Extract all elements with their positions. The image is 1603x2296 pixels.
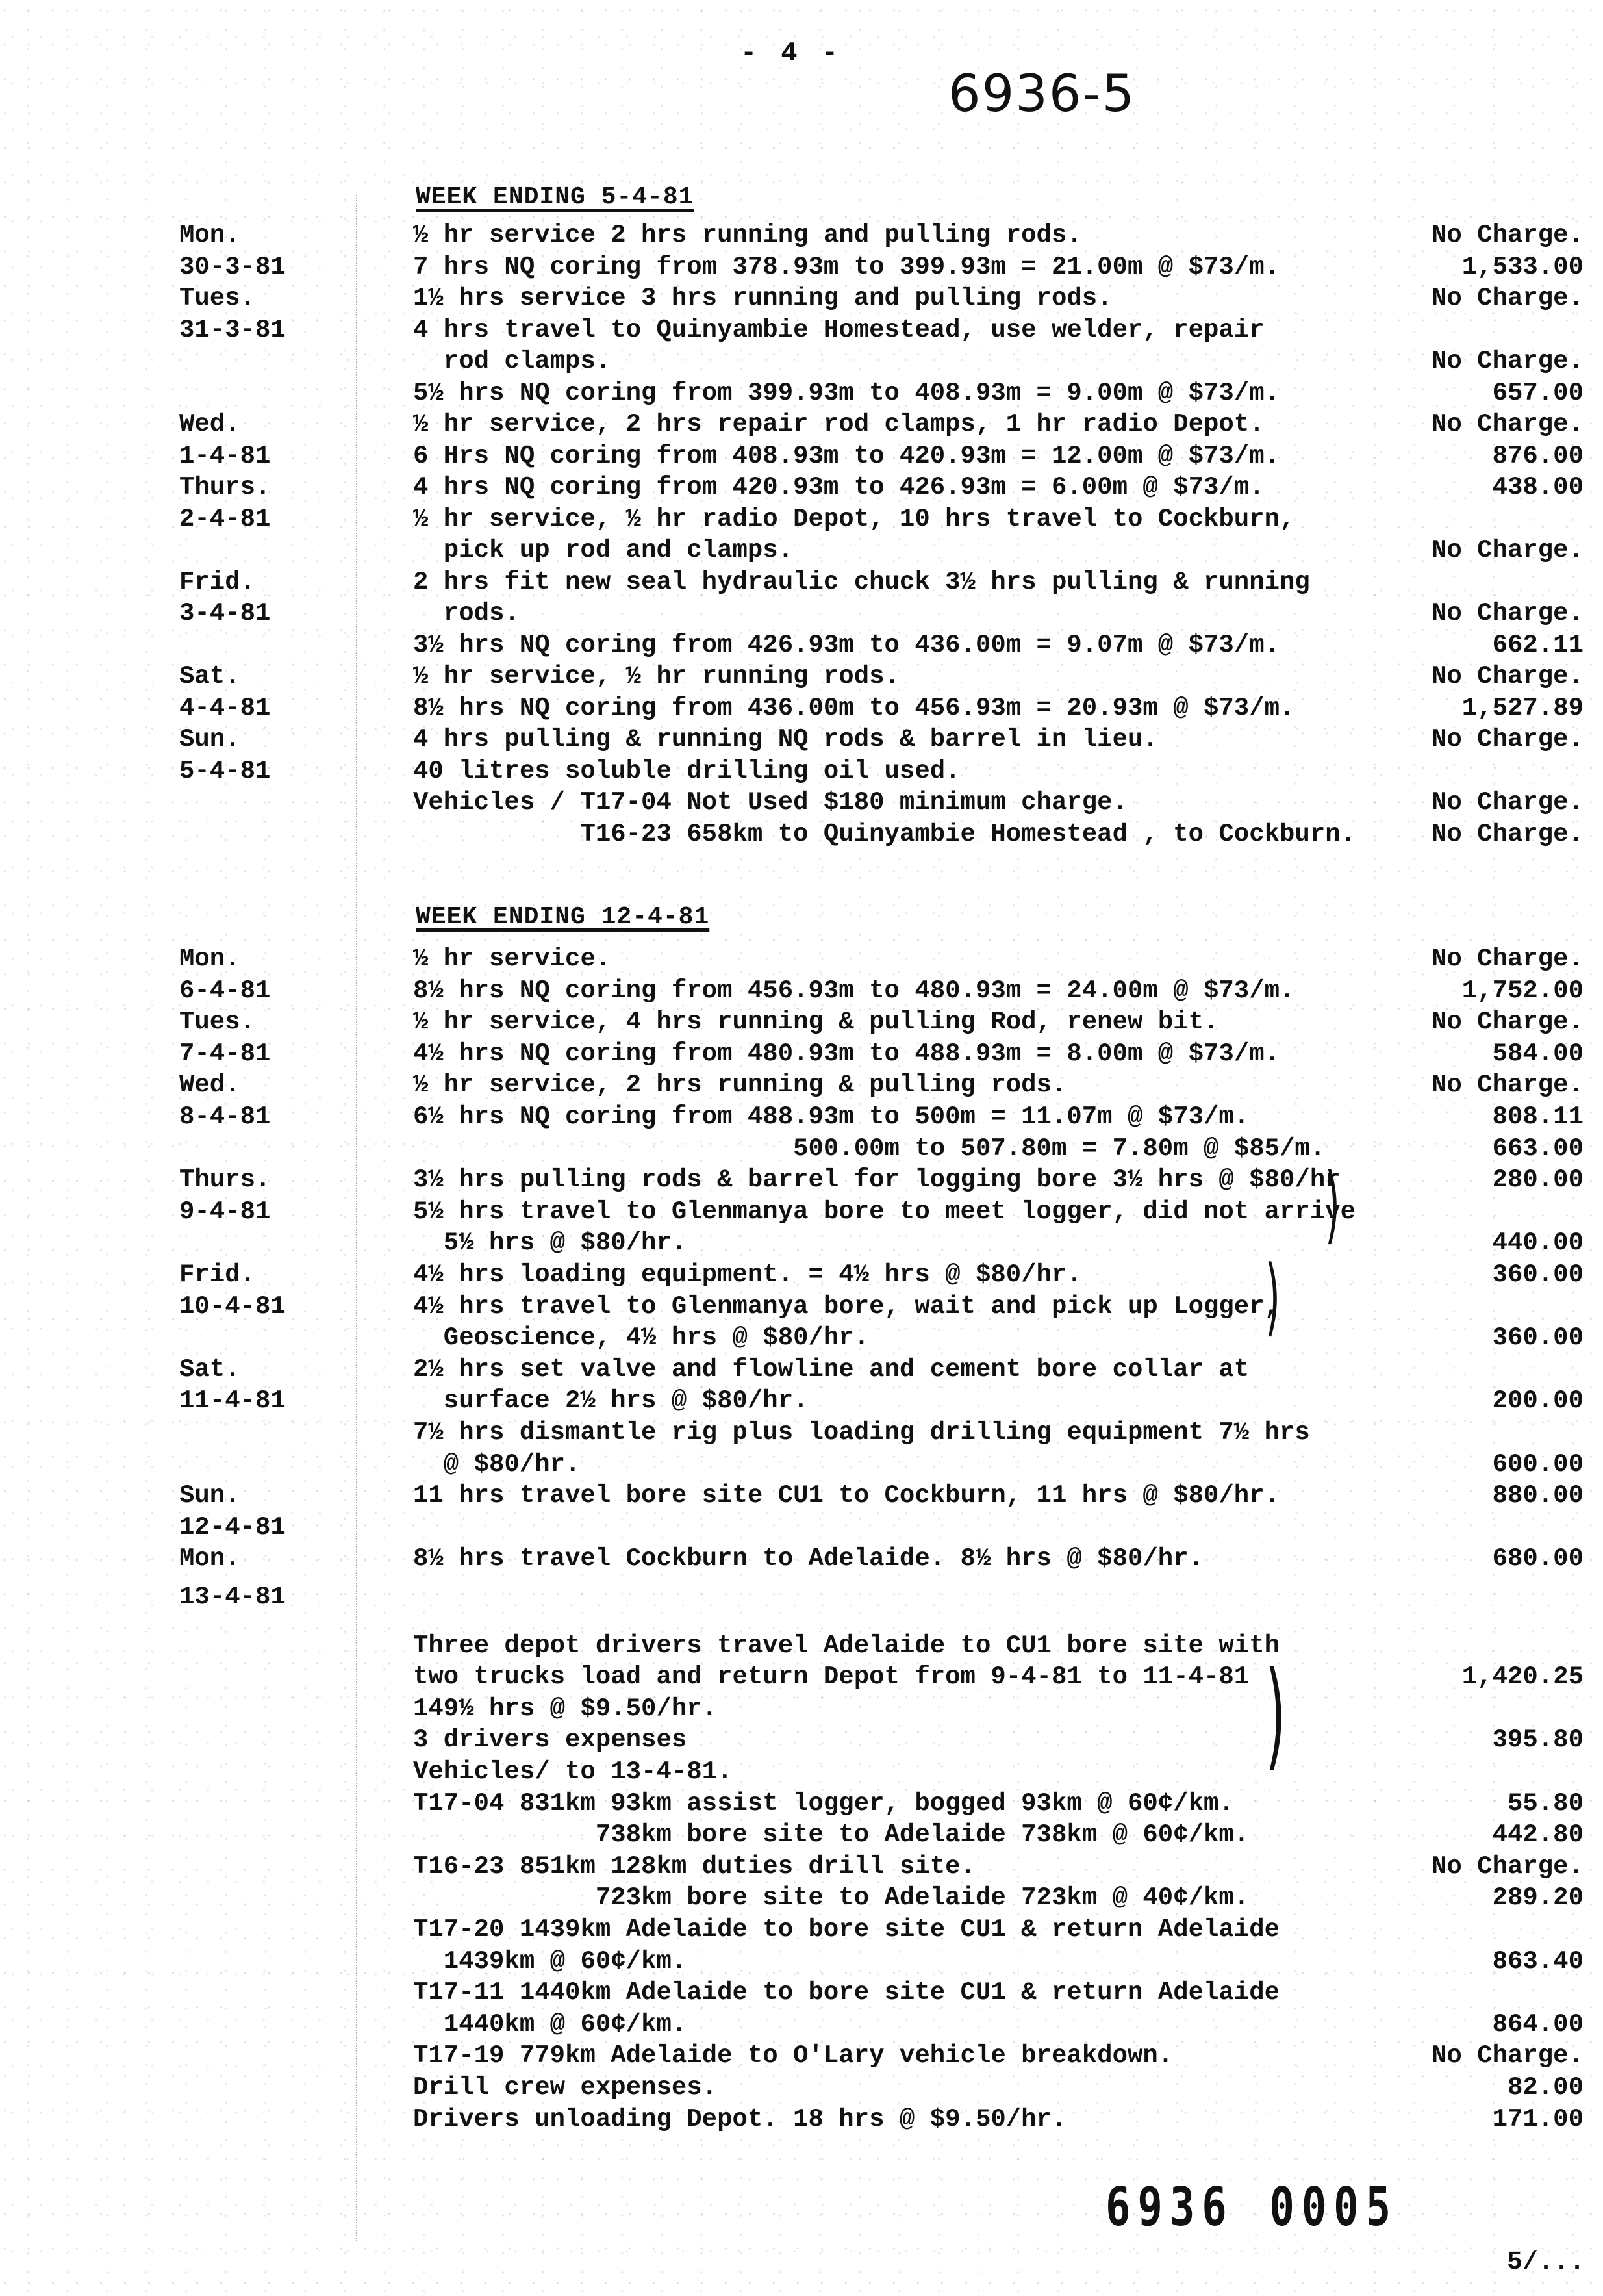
entry-date: Thurs. [179, 1164, 270, 1195]
ledger-row: Geoscience, 4½ hrs @ $80/hr.360.00 [0, 1322, 1603, 1353]
entry-description: T17-04 831km 93km assist logger, bogged … [413, 1788, 1234, 1819]
entry-description: 4 hrs travel to Quinyambie Homestead, us… [413, 314, 1265, 346]
ledger-row: @ $80/hr.600.00 [0, 1449, 1603, 1480]
ledger-row: 5-4-8140 litres soluble drilling oil use… [0, 756, 1603, 787]
week-heading: WEEK ENDING 5-4-81 [416, 183, 694, 211]
entry-amount: No Charge. [1432, 661, 1584, 692]
ledger-row: 3-4-81 rods.No Charge. [0, 598, 1603, 629]
ledger-row: 149½ hrs @ $9.50/hr. [0, 1693, 1603, 1724]
entry-amount: 584.00 [1493, 1038, 1584, 1069]
entry-description: 2 hrs fit new seal hydraulic chuck 3½ hr… [413, 567, 1310, 598]
entry-date: 5-4-81 [179, 756, 270, 787]
entry-date: Tues. [179, 283, 255, 314]
entry-amount: 876.00 [1493, 440, 1584, 472]
entry-description: 4 hrs pulling & running NQ rods & barrel… [413, 724, 1158, 755]
entry-description: 5½ hrs NQ coring from 399.93m to 408.93m… [413, 377, 1280, 409]
ledger-row: Mon.8½ hrs travel Cockburn to Adelaide. … [0, 1543, 1603, 1574]
stamp-page: 0005 [1269, 2176, 1398, 2238]
entry-description: 3½ hrs pulling rods & barrel for logging… [413, 1164, 1341, 1195]
ledger-row: 9-4-815½ hrs travel to Glenmanya bore to… [0, 1196, 1603, 1227]
entry-amount: No Charge. [1432, 1069, 1584, 1101]
ledger-row: 500.00m to 507.80m = 7.80m @ $85/m.663.0… [0, 1133, 1603, 1164]
entry-description: ½ hr service, 2 hrs running & pulling ro… [413, 1069, 1067, 1101]
ledger-row: T16-23 851km 128km duties drill site.No … [0, 1851, 1603, 1882]
entry-date: Wed. [179, 409, 240, 440]
entry-amount: 442.80 [1493, 1819, 1584, 1850]
ledger-row: Mon.½ hr service 2 hrs running and pulli… [0, 220, 1603, 251]
entry-date: 9-4-81 [179, 1196, 270, 1227]
brace-bracket: ) [1265, 1657, 1286, 1774]
entry-amount: No Charge. [1432, 1006, 1584, 1038]
entry-date: 6-4-81 [179, 975, 270, 1006]
ledger-row: 1-4-816 Hrs NQ coring from 408.93m to 42… [0, 440, 1603, 472]
ledger-row: 6-4-818½ hrs NQ coring from 456.93m to 4… [0, 975, 1603, 1006]
entry-amount: 360.00 [1493, 1322, 1584, 1353]
entry-description: Drill crew expenses. [413, 2072, 717, 2103]
entry-date: 1-4-81 [179, 440, 270, 472]
ledger-row: 10-4-814½ hrs travel to Glenmanya bore, … [0, 1291, 1603, 1322]
ledger-row: 3 drivers expenses395.80 [0, 1724, 1603, 1755]
ledger-row: Wed.½ hr service, 2 hrs running & pullin… [0, 1069, 1603, 1101]
ledger-row: Drivers unloading Depot. 18 hrs @ $9.50/… [0, 2104, 1603, 2135]
ledger-row: 12-4-81 [0, 1512, 1603, 1543]
ledger-row: Thurs.3½ hrs pulling rods & barrel for l… [0, 1164, 1603, 1195]
entry-date: 12-4-81 [179, 1512, 286, 1543]
entry-amount: No Charge. [1432, 535, 1584, 566]
ledger-row: 13-4-81 [0, 1581, 1603, 1613]
entry-amount: No Charge. [1432, 819, 1584, 850]
entry-amount: 663.00 [1493, 1133, 1584, 1164]
entry-amount: No Charge. [1432, 943, 1584, 975]
entry-description: 4½ hrs NQ coring from 480.93m to 488.93m… [413, 1038, 1280, 1069]
ledger-row: Sat.2½ hrs set valve and flowline and ce… [0, 1354, 1603, 1385]
entry-description: 4 hrs NQ coring from 420.93m to 426.93m … [413, 472, 1265, 503]
entry-description: ½ hr service 2 hrs running and pulling r… [413, 220, 1082, 251]
entry-date: Sat. [179, 1354, 240, 1385]
entry-amount: 171.00 [1493, 2104, 1584, 2135]
ledger-row: Sat.½ hr service, ½ hr running rods.No C… [0, 661, 1603, 692]
entry-description: Vehicles / T17-04 Not Used $180 minimum … [413, 787, 1128, 818]
ledger-row: pick up rod and clamps.No Charge. [0, 535, 1603, 566]
entry-description: Vehicles/ to 13-4-81. [413, 1756, 732, 1787]
entry-description: 2½ hrs set valve and flowline and cement… [413, 1354, 1249, 1385]
entry-description: 3 drivers expenses [413, 1724, 687, 1755]
page-number: - 4 - [740, 38, 842, 69]
entry-amount: 657.00 [1493, 377, 1584, 409]
entry-description: T17-11 1440km Adelaide to bore site CU1 … [413, 1977, 1280, 2008]
brace-bracket: ) [1325, 1162, 1340, 1246]
entry-description: 1½ hrs service 3 hrs running and pulling… [413, 283, 1113, 314]
entry-date: Frid. [179, 567, 255, 598]
ledger-row: 31-3-814 hrs travel to Quinyambie Homest… [0, 314, 1603, 346]
entry-description: 500.00m to 507.80m = 7.80m @ $85/m. [413, 1133, 1325, 1164]
entry-amount: 680.00 [1493, 1543, 1584, 1574]
ledger-row: Vehicles / T17-04 Not Used $180 minimum … [0, 787, 1603, 818]
ledger-row: T16-23 658km to Quinyambie Homestead , t… [0, 819, 1603, 850]
entry-description: 1440km @ 60¢/km. [413, 2009, 687, 2040]
entry-amount: 289.20 [1493, 1882, 1584, 1913]
entry-description: 4½ hrs travel to Glenmanya bore, wait an… [413, 1291, 1280, 1322]
entry-amount: 864.00 [1493, 2009, 1584, 2040]
entry-description: 8½ hrs NQ coring from 456.93m to 480.93m… [413, 975, 1294, 1006]
ledger-row: 738km bore site to Adelaide 738km @ 60¢/… [0, 1819, 1603, 1850]
entry-description: 3½ hrs NQ coring from 426.93m to 436.00m… [413, 630, 1280, 661]
entry-description: 8½ hrs NQ coring from 436.00m to 456.93m… [413, 693, 1294, 724]
entry-description: T16-23 658km to Quinyambie Homestead , t… [413, 819, 1356, 850]
entry-amount: 880.00 [1493, 1480, 1584, 1511]
entry-description: ½ hr service, ½ hr running rods. [413, 661, 900, 692]
stamp-series: 6936 [1105, 2176, 1234, 2238]
entry-date: 4-4-81 [179, 693, 270, 724]
entry-amount: 600.00 [1493, 1449, 1584, 1480]
entry-amount: 1,752.00 [1462, 975, 1584, 1006]
ledger-row: 30-3-817 hrs NQ coring from 378.93m to 3… [0, 251, 1603, 283]
entry-amount: No Charge. [1432, 283, 1584, 314]
ledger-row: T17-04 831km 93km assist logger, bogged … [0, 1788, 1603, 1819]
entry-description: rods. [413, 598, 520, 629]
entry-description: pick up rod and clamps. [413, 535, 793, 566]
entry-amount: No Charge. [1432, 598, 1584, 629]
entry-description: ½ hr service, 4 hrs running & pulling Ro… [413, 1006, 1218, 1038]
ledger-row: 1439km @ 60¢/km.863.40 [0, 1946, 1603, 1977]
entry-description: ½ hr service. [413, 943, 611, 975]
entry-description: 7½ hrs dismantle rig plus loading drilli… [413, 1417, 1310, 1448]
ledger-row: Frid.2 hrs fit new seal hydraulic chuck … [0, 567, 1603, 598]
entry-description: 5½ hrs @ $80/hr. [413, 1227, 687, 1258]
brace-bracket: ) [1265, 1254, 1280, 1338]
ledger-row: 7½ hrs dismantle rig plus loading drilli… [0, 1417, 1603, 1448]
entry-description: Geoscience, 4½ hrs @ $80/hr. [413, 1322, 869, 1353]
ledger-row: Drill crew expenses.82.00 [0, 2072, 1603, 2103]
ledger-row: Vehicles/ to 13-4-81. [0, 1756, 1603, 1787]
entry-amount: No Charge. [1432, 346, 1584, 377]
entry-amount: No Charge. [1432, 409, 1584, 440]
ledger-row: 8-4-816½ hrs NQ coring from 488.93m to 5… [0, 1101, 1603, 1132]
entry-amount: No Charge. [1432, 220, 1584, 251]
ledger-row: rod clamps.No Charge. [0, 346, 1603, 377]
entry-description: T17-20 1439km Adelaide to bore site CU1 … [413, 1914, 1280, 1945]
entry-date: 31-3-81 [179, 314, 286, 346]
ledger-row: Tues.½ hr service, 4 hrs running & pulli… [0, 1006, 1603, 1038]
entry-description: 40 litres soluble drilling oil used. [413, 756, 961, 787]
entry-amount: 1,420.25 [1462, 1661, 1584, 1692]
entry-date: Mon. [179, 220, 240, 251]
entry-description: 4½ hrs loading equipment. = 4½ hrs @ $80… [413, 1259, 1082, 1290]
entry-description: 738km bore site to Adelaide 738km @ 60¢/… [413, 1819, 1249, 1850]
entry-amount: No Charge. [1432, 2040, 1584, 2071]
entry-date: 10-4-81 [179, 1291, 286, 1322]
entry-amount: 55.80 [1508, 1788, 1584, 1819]
entry-date: Mon. [179, 1543, 240, 1574]
ledger-row: Three depot drivers travel Adelaide to C… [0, 1630, 1603, 1661]
entry-description: @ $80/hr. [413, 1449, 580, 1480]
entry-description: 5½ hrs travel to Glenmanya bore to meet … [413, 1196, 1356, 1227]
continued-marker: 5/... [1507, 2248, 1585, 2277]
ledger-row: 7-4-814½ hrs NQ coring from 480.93m to 4… [0, 1038, 1603, 1069]
entry-amount: 1,527.89 [1462, 693, 1584, 724]
entry-date: Thurs. [179, 472, 270, 503]
entry-description: 149½ hrs @ $9.50/hr. [413, 1693, 717, 1724]
entry-date: Sat. [179, 661, 240, 692]
ledger-row: 723km bore site to Adelaide 723km @ 40¢/… [0, 1882, 1603, 1913]
ledger-row: 3½ hrs NQ coring from 426.93m to 436.00m… [0, 630, 1603, 661]
entry-date: Frid. [179, 1259, 255, 1290]
entry-amount: 360.00 [1493, 1259, 1584, 1290]
ledger-row: Tues.1½ hrs service 3 hrs running and pu… [0, 283, 1603, 314]
ledger-row: Wed.½ hr service, 2 hrs repair rod clamp… [0, 409, 1603, 440]
ledger-row: Frid.4½ hrs loading equipment. = 4½ hrs … [0, 1259, 1603, 1290]
entry-date: 7-4-81 [179, 1038, 270, 1069]
entry-description: 6½ hrs NQ coring from 488.93m to 500m = … [413, 1101, 1249, 1132]
ledger-row: 11-4-81 surface 2½ hrs @ $80/hr.200.00 [0, 1385, 1603, 1416]
entry-description: 1439km @ 60¢/km. [413, 1946, 687, 1977]
ledger-row: T17-11 1440km Adelaide to bore site CU1 … [0, 1977, 1603, 2008]
entry-date: 30-3-81 [179, 251, 286, 283]
entry-description: T16-23 851km 128km duties drill site. [413, 1851, 976, 1882]
entry-date: Wed. [179, 1069, 240, 1101]
entry-amount: 395.80 [1493, 1724, 1584, 1755]
ledger-row: 4-4-818½ hrs NQ coring from 436.00m to 4… [0, 693, 1603, 724]
entry-description: 723km bore site to Adelaide 723km @ 40¢/… [413, 1882, 1249, 1913]
entry-amount: 1,533.00 [1462, 251, 1584, 283]
entry-amount: 200.00 [1493, 1385, 1584, 1416]
ledger-row: T17-20 1439km Adelaide to bore site CU1 … [0, 1914, 1603, 1945]
ledger-row: 1440km @ 60¢/km.864.00 [0, 2009, 1603, 2040]
entry-description: ½ hr service, ½ hr radio Depot, 10 hrs t… [413, 504, 1294, 535]
ledger-row: 5½ hrs @ $80/hr.440.00 [0, 1227, 1603, 1258]
entry-date: 13-4-81 [179, 1581, 286, 1613]
entry-description: 11 hrs travel bore site CU1 to Cockburn,… [413, 1480, 1280, 1511]
entry-amount: No Charge. [1432, 724, 1584, 755]
entry-date: Mon. [179, 943, 240, 975]
entry-date: Sun. [179, 1480, 240, 1511]
ledger-row: Mon.½ hr service.No Charge. [0, 943, 1603, 975]
entry-amount: 82.00 [1508, 2072, 1584, 2103]
entry-description: 6 Hrs NQ coring from 408.93m to 420.93m … [413, 440, 1280, 472]
entry-amount: 440.00 [1493, 1227, 1584, 1258]
entry-description: 8½ hrs travel Cockburn to Adelaide. 8½ h… [413, 1543, 1204, 1574]
entry-description: 7 hrs NQ coring from 378.93m to 399.93m … [413, 251, 1280, 283]
ledger-row: Sun.11 hrs travel bore site CU1 to Cockb… [0, 1480, 1603, 1511]
entry-description: ½ hr service, 2 hrs repair rod clamps, 1… [413, 409, 1265, 440]
handwritten-reference: 6936-5 [948, 65, 1135, 123]
entry-description: Three depot drivers travel Adelaide to C… [413, 1630, 1280, 1661]
entry-description: T17-19 779km Adelaide to O'Lary vehicle … [413, 2040, 1173, 2071]
entry-description: two trucks load and return Depot from 9-… [413, 1661, 1249, 1692]
entry-date: 8-4-81 [179, 1101, 270, 1132]
ledger-row: Sun.4 hrs pulling & running NQ rods & ba… [0, 724, 1603, 755]
week-heading: WEEK ENDING 12-4-81 [416, 903, 709, 931]
document-stamp: 69360005 [1105, 2176, 1398, 2238]
entry-date: 11-4-81 [179, 1385, 286, 1416]
ledger-row: Thurs.4 hrs NQ coring from 420.93m to 42… [0, 472, 1603, 503]
entry-description: Drivers unloading Depot. 18 hrs @ $9.50/… [413, 2104, 1067, 2135]
entry-date: Sun. [179, 724, 240, 755]
entry-date: Tues. [179, 1006, 255, 1038]
entry-amount: 863.40 [1493, 1946, 1584, 1977]
ledger-row: two trucks load and return Depot from 9-… [0, 1661, 1603, 1692]
entry-amount: 808.11 [1493, 1101, 1584, 1132]
ledger-row: 2-4-81½ hr service, ½ hr radio Depot, 10… [0, 504, 1603, 535]
entry-amount: 438.00 [1493, 472, 1584, 503]
ledger-row: 5½ hrs NQ coring from 399.93m to 408.93m… [0, 377, 1603, 409]
entry-date: 3-4-81 [179, 598, 270, 629]
ledger-row: T17-19 779km Adelaide to O'Lary vehicle … [0, 2040, 1603, 2071]
entry-amount: No Charge. [1432, 1851, 1584, 1882]
entry-amount: 662.11 [1493, 630, 1584, 661]
entry-description: surface 2½ hrs @ $80/hr. [413, 1385, 809, 1416]
entry-date: 2-4-81 [179, 504, 270, 535]
entry-amount: No Charge. [1432, 787, 1584, 818]
entry-description: rod clamps. [413, 346, 611, 377]
entry-amount: 280.00 [1493, 1164, 1584, 1195]
